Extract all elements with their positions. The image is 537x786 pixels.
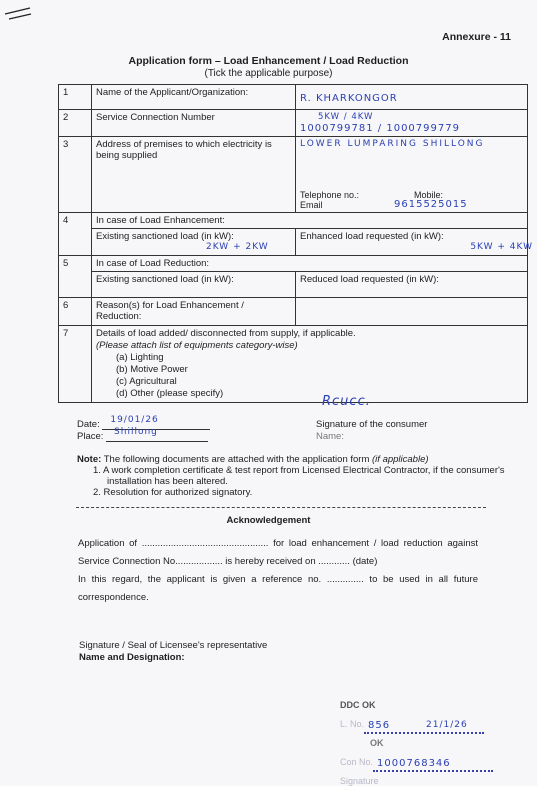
note-list: 1. A work completion certificate & test … <box>93 465 513 498</box>
email-label: Email <box>300 200 323 210</box>
form-subtitle: (Tick the applicable purpose) <box>0 68 537 79</box>
place-field[interactable]: Place: Shillong <box>77 430 208 442</box>
acknowledgement-title: Acknowledgement <box>0 515 537 526</box>
annexure-label: Annexure - 11 <box>442 31 511 43</box>
reduced-load-field[interactable]: Reduced load requested (in kW): <box>296 272 528 298</box>
load-details-field[interactable]: Details of load added/ disconnected from… <box>92 326 528 403</box>
divider <box>76 507 486 508</box>
reason-field[interactable] <box>296 298 528 326</box>
application-table: 1 Name of the Applicant/Organization: R.… <box>58 84 528 403</box>
enhanced-load-field[interactable]: Enhanced load requested (in kW): 5KW + 4… <box>296 229 528 256</box>
row-load-reduction-values: Existing sanctioned load (in kW): Reduce… <box>59 272 528 298</box>
service-connection-field[interactable]: 5KW / 4KW 1000799781 / 1000799779 <box>296 110 528 137</box>
office-stamp: DDC OK L. No.85621/1/26 OK Con No.100076… <box>340 696 493 786</box>
row-reason: 6 Reason(s) for Load Enhancement / Reduc… <box>59 298 528 326</box>
licensee-signature-label: Signature / Seal of Licensee's represent… <box>79 640 267 651</box>
existing-load-field[interactable]: Existing sanctioned load (in kW): 2KW + … <box>92 229 296 256</box>
mobile-value[interactable]: 9615525015 <box>394 200 468 210</box>
row-applicant-name: 1 Name of the Applicant/Organization: R.… <box>59 85 528 110</box>
consumer-signature: Rcucc. <box>322 394 371 409</box>
note-item: 1. A work completion certificate & test … <box>93 465 513 487</box>
note-section: Note: The following documents are attach… <box>77 454 517 465</box>
row-service-connection: 2 Service Connection Number 5KW / 4KW 10… <box>59 110 528 137</box>
scanned-form-page: Annexure - 11 Application form – Load En… <box>0 0 537 786</box>
applicant-name-field[interactable]: R. KHARKONGOR <box>296 85 528 110</box>
row-load-reduction: 5 In case of Load Reduction: <box>59 256 528 272</box>
row-load-enhancement: 4 In case of Load Enhancement: <box>59 213 528 229</box>
pen-mark-icon <box>4 6 32 20</box>
telephone-label: Telephone no.: <box>300 190 359 200</box>
row-load-details: 7 Details of load added/ disconnected fr… <box>59 326 528 403</box>
row-load-enhancement-values: Existing sanctioned load (in kW): 2KW + … <box>59 229 528 256</box>
name-label: Name: <box>316 431 344 442</box>
acknowledgement-body: Application of .........................… <box>78 535 478 607</box>
form-title: Application form – Load Enhancement / Lo… <box>0 55 537 67</box>
name-designation-label: Name and Designation: <box>79 652 185 663</box>
existing-load-reduction-field[interactable]: Existing sanctioned load (in kW): <box>92 272 296 298</box>
row-address: 3 Address of premises to which electrici… <box>59 137 528 213</box>
address-field[interactable]: LOWER LUMPARING SHILLONG Telephone no.: … <box>296 137 528 213</box>
note-item: 2. Resolution for authorized signatory. <box>93 487 513 498</box>
signature-label: Signature of the consumer <box>316 419 427 430</box>
